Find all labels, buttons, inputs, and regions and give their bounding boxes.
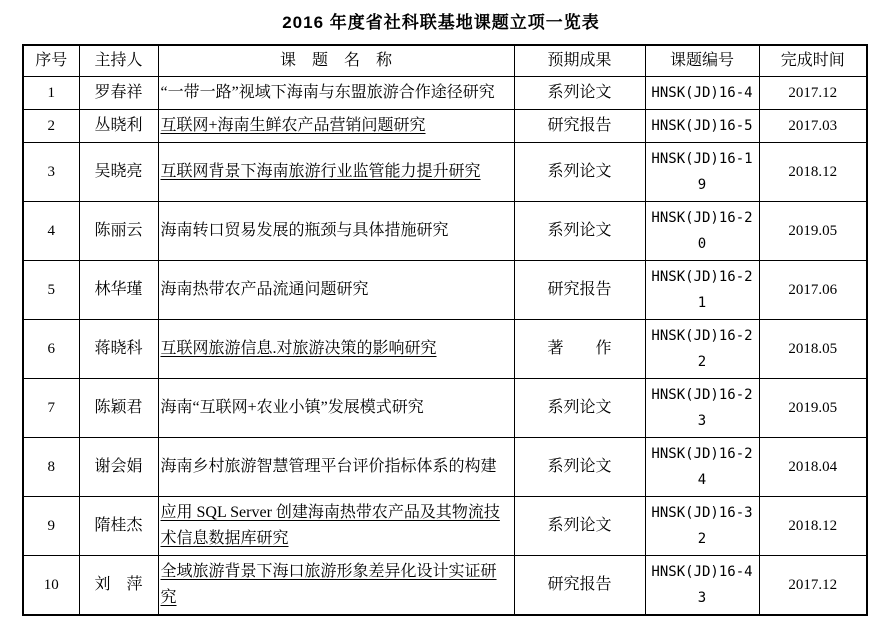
- host-cell: 罗春祥: [79, 77, 158, 110]
- outcome-cell: 著 作: [514, 320, 645, 379]
- outcome-cell: 系列论文: [514, 497, 645, 556]
- title-cell: 海南“互联网+农业小镇”发展模式研究: [158, 379, 514, 438]
- code-cell: HNSK(JD)16-4: [645, 77, 759, 110]
- date-cell: 2019.05: [759, 202, 867, 261]
- outcome-cell: 研究报告: [514, 261, 645, 320]
- table-row: 6蒋晓科互联网旅游信息.对旅游决策的影响研究著 作HNSK(JD)16-2220…: [23, 320, 867, 379]
- host-cell: 隋桂杰: [79, 497, 158, 556]
- seq-cell: 4: [23, 202, 79, 261]
- date-cell: 2017.03: [759, 110, 867, 143]
- column-header-outcome: 预期成果: [514, 45, 645, 77]
- host-cell: 陈颖君: [79, 379, 158, 438]
- outcome-cell: 系列论文: [514, 202, 645, 261]
- seq-cell: 3: [23, 143, 79, 202]
- table-row: 9隋桂杰应用 SQL Server 创建海南热带农产品及其物流技术信息数据库研究…: [23, 497, 867, 556]
- document-page: 2016 年度省社科联基地课题立项一览表 序号 主持人 课 题 名 称 预期成果…: [0, 0, 882, 631]
- date-cell: 2018.12: [759, 497, 867, 556]
- host-cell: 丛晓利: [79, 110, 158, 143]
- code-cell: HNSK(JD)16-43: [645, 556, 759, 616]
- header-row: 序号 主持人 课 题 名 称 预期成果 课题编号 完成时间: [23, 45, 867, 77]
- outcome-cell: 研究报告: [514, 556, 645, 616]
- date-cell: 2018.04: [759, 438, 867, 497]
- outcome-cell: 系列论文: [514, 438, 645, 497]
- table-row: 1罗春祥“一带一路”视域下海南与东盟旅游合作途径研究系列论文HNSK(JD)16…: [23, 77, 867, 110]
- column-header-seq: 序号: [23, 45, 79, 77]
- table-row: 2丛晓利互联网+海南生鲜农产品营销问题研究研究报告HNSK(JD)16-5201…: [23, 110, 867, 143]
- code-cell: HNSK(JD)16-23: [645, 379, 759, 438]
- table-row: 10刘 萍全域旅游背景下海口旅游形象差异化设计实证研究研究报告HNSK(JD)1…: [23, 556, 867, 616]
- title-cell: “一带一路”视域下海南与东盟旅游合作途径研究: [158, 77, 514, 110]
- projects-table: 序号 主持人 课 题 名 称 预期成果 课题编号 完成时间 1罗春祥“一带一路”…: [22, 44, 868, 616]
- table-header: 序号 主持人 课 题 名 称 预期成果 课题编号 完成时间: [23, 45, 867, 77]
- code-cell: HNSK(JD)16-32: [645, 497, 759, 556]
- code-cell: HNSK(JD)16-5: [645, 110, 759, 143]
- host-cell: 吴晓亮: [79, 143, 158, 202]
- title-cell: 应用 SQL Server 创建海南热带农产品及其物流技术信息数据库研究: [158, 497, 514, 556]
- outcome-cell: 系列论文: [514, 379, 645, 438]
- seq-cell: 9: [23, 497, 79, 556]
- date-cell: 2018.05: [759, 320, 867, 379]
- title-cell: 海南乡村旅游智慧管理平台评价指标体系的构建: [158, 438, 514, 497]
- code-cell: HNSK(JD)16-20: [645, 202, 759, 261]
- seq-cell: 8: [23, 438, 79, 497]
- seq-cell: 7: [23, 379, 79, 438]
- table-row: 3吴晓亮互联网背景下海南旅游行业监管能力提升研究系列论文HNSK(JD)16-1…: [23, 143, 867, 202]
- table-row: 4陈丽云海南转口贸易发展的瓶颈与具体措施研究系列论文HNSK(JD)16-202…: [23, 202, 867, 261]
- host-cell: 林华瑾: [79, 261, 158, 320]
- date-cell: 2019.05: [759, 379, 867, 438]
- column-header-code: 课题编号: [645, 45, 759, 77]
- table-row: 5林华瑾海南热带农产品流通问题研究研究报告HNSK(JD)16-212017.0…: [23, 261, 867, 320]
- title-cell: 互联网旅游信息.对旅游决策的影响研究: [158, 320, 514, 379]
- seq-cell: 1: [23, 77, 79, 110]
- seq-cell: 6: [23, 320, 79, 379]
- code-cell: HNSK(JD)16-19: [645, 143, 759, 202]
- title-cell: 互联网背景下海南旅游行业监管能力提升研究: [158, 143, 514, 202]
- date-cell: 2017.12: [759, 77, 867, 110]
- table-row: 8谢会娟海南乡村旅游智慧管理平台评价指标体系的构建系列论文HNSK(JD)16-…: [23, 438, 867, 497]
- code-cell: HNSK(JD)16-24: [645, 438, 759, 497]
- column-header-date: 完成时间: [759, 45, 867, 77]
- seq-cell: 10: [23, 556, 79, 616]
- table-body: 1罗春祥“一带一路”视域下海南与东盟旅游合作途径研究系列论文HNSK(JD)16…: [23, 77, 867, 616]
- outcome-cell: 系列论文: [514, 77, 645, 110]
- title-cell: 海南转口贸易发展的瓶颈与具体措施研究: [158, 202, 514, 261]
- code-cell: HNSK(JD)16-21: [645, 261, 759, 320]
- outcome-cell: 研究报告: [514, 110, 645, 143]
- title-cell: 海南热带农产品流通问题研究: [158, 261, 514, 320]
- title-cell: 全域旅游背景下海口旅游形象差异化设计实证研究: [158, 556, 514, 616]
- date-cell: 2017.06: [759, 261, 867, 320]
- page-title: 2016 年度省社科联基地课题立项一览表: [0, 0, 882, 33]
- title-cell: 互联网+海南生鲜农产品营销问题研究: [158, 110, 514, 143]
- date-cell: 2017.12: [759, 556, 867, 616]
- date-cell: 2018.12: [759, 143, 867, 202]
- outcome-cell: 系列论文: [514, 143, 645, 202]
- host-cell: 陈丽云: [79, 202, 158, 261]
- column-header-title: 课 题 名 称: [158, 45, 514, 77]
- code-cell: HNSK(JD)16-22: [645, 320, 759, 379]
- seq-cell: 2: [23, 110, 79, 143]
- column-header-host: 主持人: [79, 45, 158, 77]
- host-cell: 蒋晓科: [79, 320, 158, 379]
- table-row: 7陈颖君海南“互联网+农业小镇”发展模式研究系列论文HNSK(JD)16-232…: [23, 379, 867, 438]
- host-cell: 谢会娟: [79, 438, 158, 497]
- seq-cell: 5: [23, 261, 79, 320]
- host-cell: 刘 萍: [79, 556, 158, 616]
